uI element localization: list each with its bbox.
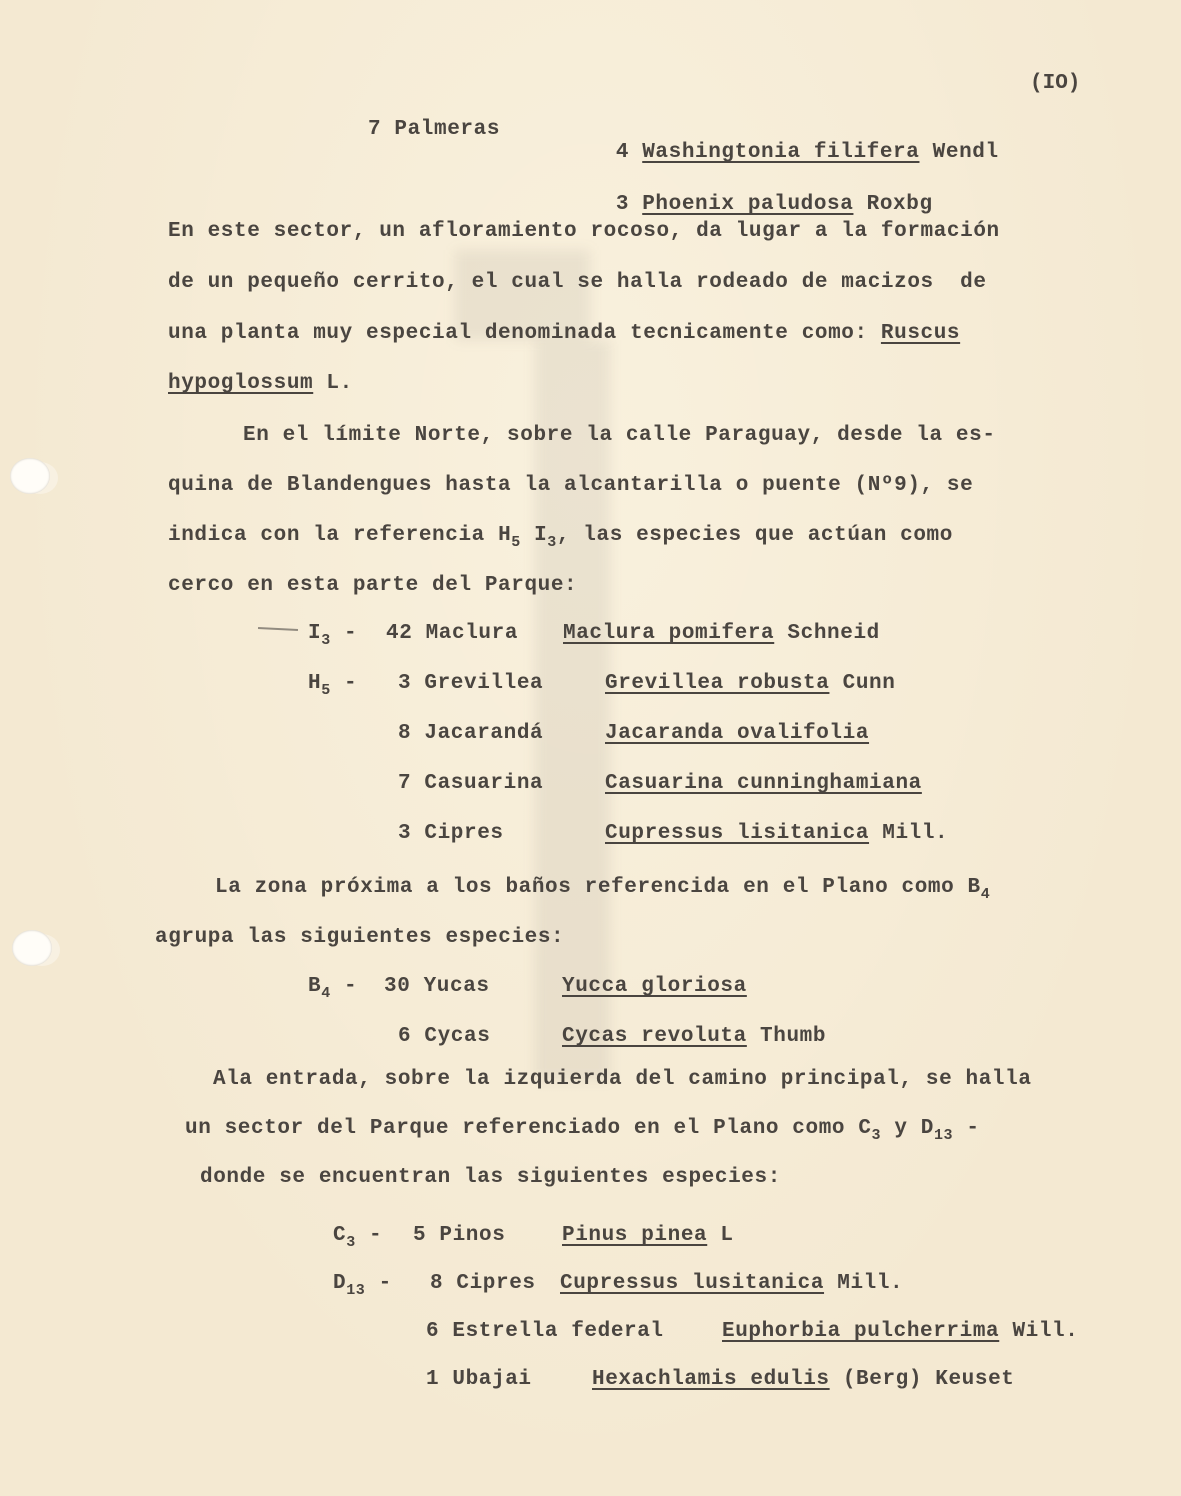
paragraph-line: indica con la referencia H5 I3, las espe… <box>168 524 953 547</box>
plan-reference: C3 - <box>333 1224 382 1247</box>
bleed-through-shadow <box>535 340 610 1080</box>
plan-reference: B4 - <box>308 975 357 998</box>
paragraph-line: donde se encuentran las siguientes espec… <box>200 1166 781 1189</box>
paragraph-line: En este sector, un afloramiento rocoso, … <box>168 220 1000 243</box>
paragraph-line: un sector del Parque referenciado en el … <box>185 1117 980 1140</box>
common-name: 7 Casuarina <box>398 772 543 795</box>
common-name: 5 Pinos <box>413 1224 505 1247</box>
common-name: 42 Maclura <box>386 622 518 645</box>
margin-mark <box>258 627 298 631</box>
common-name: 8 Jacarandá <box>398 722 543 745</box>
palm-label: 7 Palmeras <box>368 118 500 141</box>
punch-hole <box>10 458 50 494</box>
punch-hole <box>12 930 52 966</box>
scientific-name: Phoenix paludosa <box>642 193 853 216</box>
paragraph-line: En el límite Norte, sobre la calle Parag… <box>243 424 996 447</box>
scientific-name: Ruscus <box>881 322 960 345</box>
species-scientific: Grevillea robusta Cunn <box>605 672 895 695</box>
species-scientific: Euphorbia pulcherrima Will. <box>722 1320 1078 1343</box>
typewritten-page: (IO) 7 Palmeras 4 Washingtonia filifera … <box>0 0 1181 1496</box>
common-name: 1 Ubajai <box>426 1368 532 1391</box>
scientific-name: Washingtonia filifera <box>642 141 919 164</box>
common-name: 30 Yucas <box>384 975 490 998</box>
species-scientific: Yucca gloriosa <box>562 975 747 998</box>
common-name: 6 Cycas <box>398 1025 490 1048</box>
common-name: 8 Cipres <box>430 1272 536 1295</box>
common-name: 6 Estrella federal <box>426 1320 664 1343</box>
species-scientific: Casuarina cunninghamiana <box>605 772 922 795</box>
species-scientific: Pinus pinea L <box>562 1224 734 1247</box>
plan-reference: D13 - <box>333 1272 392 1295</box>
page-number: (IO) <box>1030 72 1080 95</box>
scientific-name: hypoglossum <box>168 372 313 395</box>
paragraph-line: de un pequeño cerrito, el cual se halla … <box>168 271 987 294</box>
paragraph-line: hypoglossum L. <box>168 372 353 395</box>
plan-reference: I3 - <box>308 622 357 645</box>
species-scientific: Cycas revoluta Thumb <box>562 1025 826 1048</box>
paragraph-line: quina de Blandengues hasta la alcantaril… <box>168 474 973 497</box>
plan-reference: H5 - <box>308 672 357 695</box>
paragraph-line: La zona próxima a los baños referencida … <box>215 876 990 899</box>
species-scientific: Hexachlamis edulis (Berg) Keuset <box>592 1368 1014 1391</box>
common-name: 3 Cipres <box>398 822 504 845</box>
species-scientific: Maclura pomifera Schneid <box>563 622 880 645</box>
paragraph-line: una planta muy especial denominada tecni… <box>168 322 960 345</box>
paragraph-line: agrupa las siguientes especies: <box>155 926 564 949</box>
paragraph-line: cerco en esta parte del Parque: <box>168 574 577 597</box>
species-scientific: Cupressus lusitanica Mill. <box>560 1272 903 1295</box>
common-name: 3 Grevillea <box>398 672 543 695</box>
species-scientific: Jacaranda ovalifolia <box>605 722 869 745</box>
species-scientific: Cupressus lisitanica Mill. <box>605 822 948 845</box>
paragraph-line: Ala entrada, sobre la izquierda del cami… <box>213 1068 1032 1091</box>
